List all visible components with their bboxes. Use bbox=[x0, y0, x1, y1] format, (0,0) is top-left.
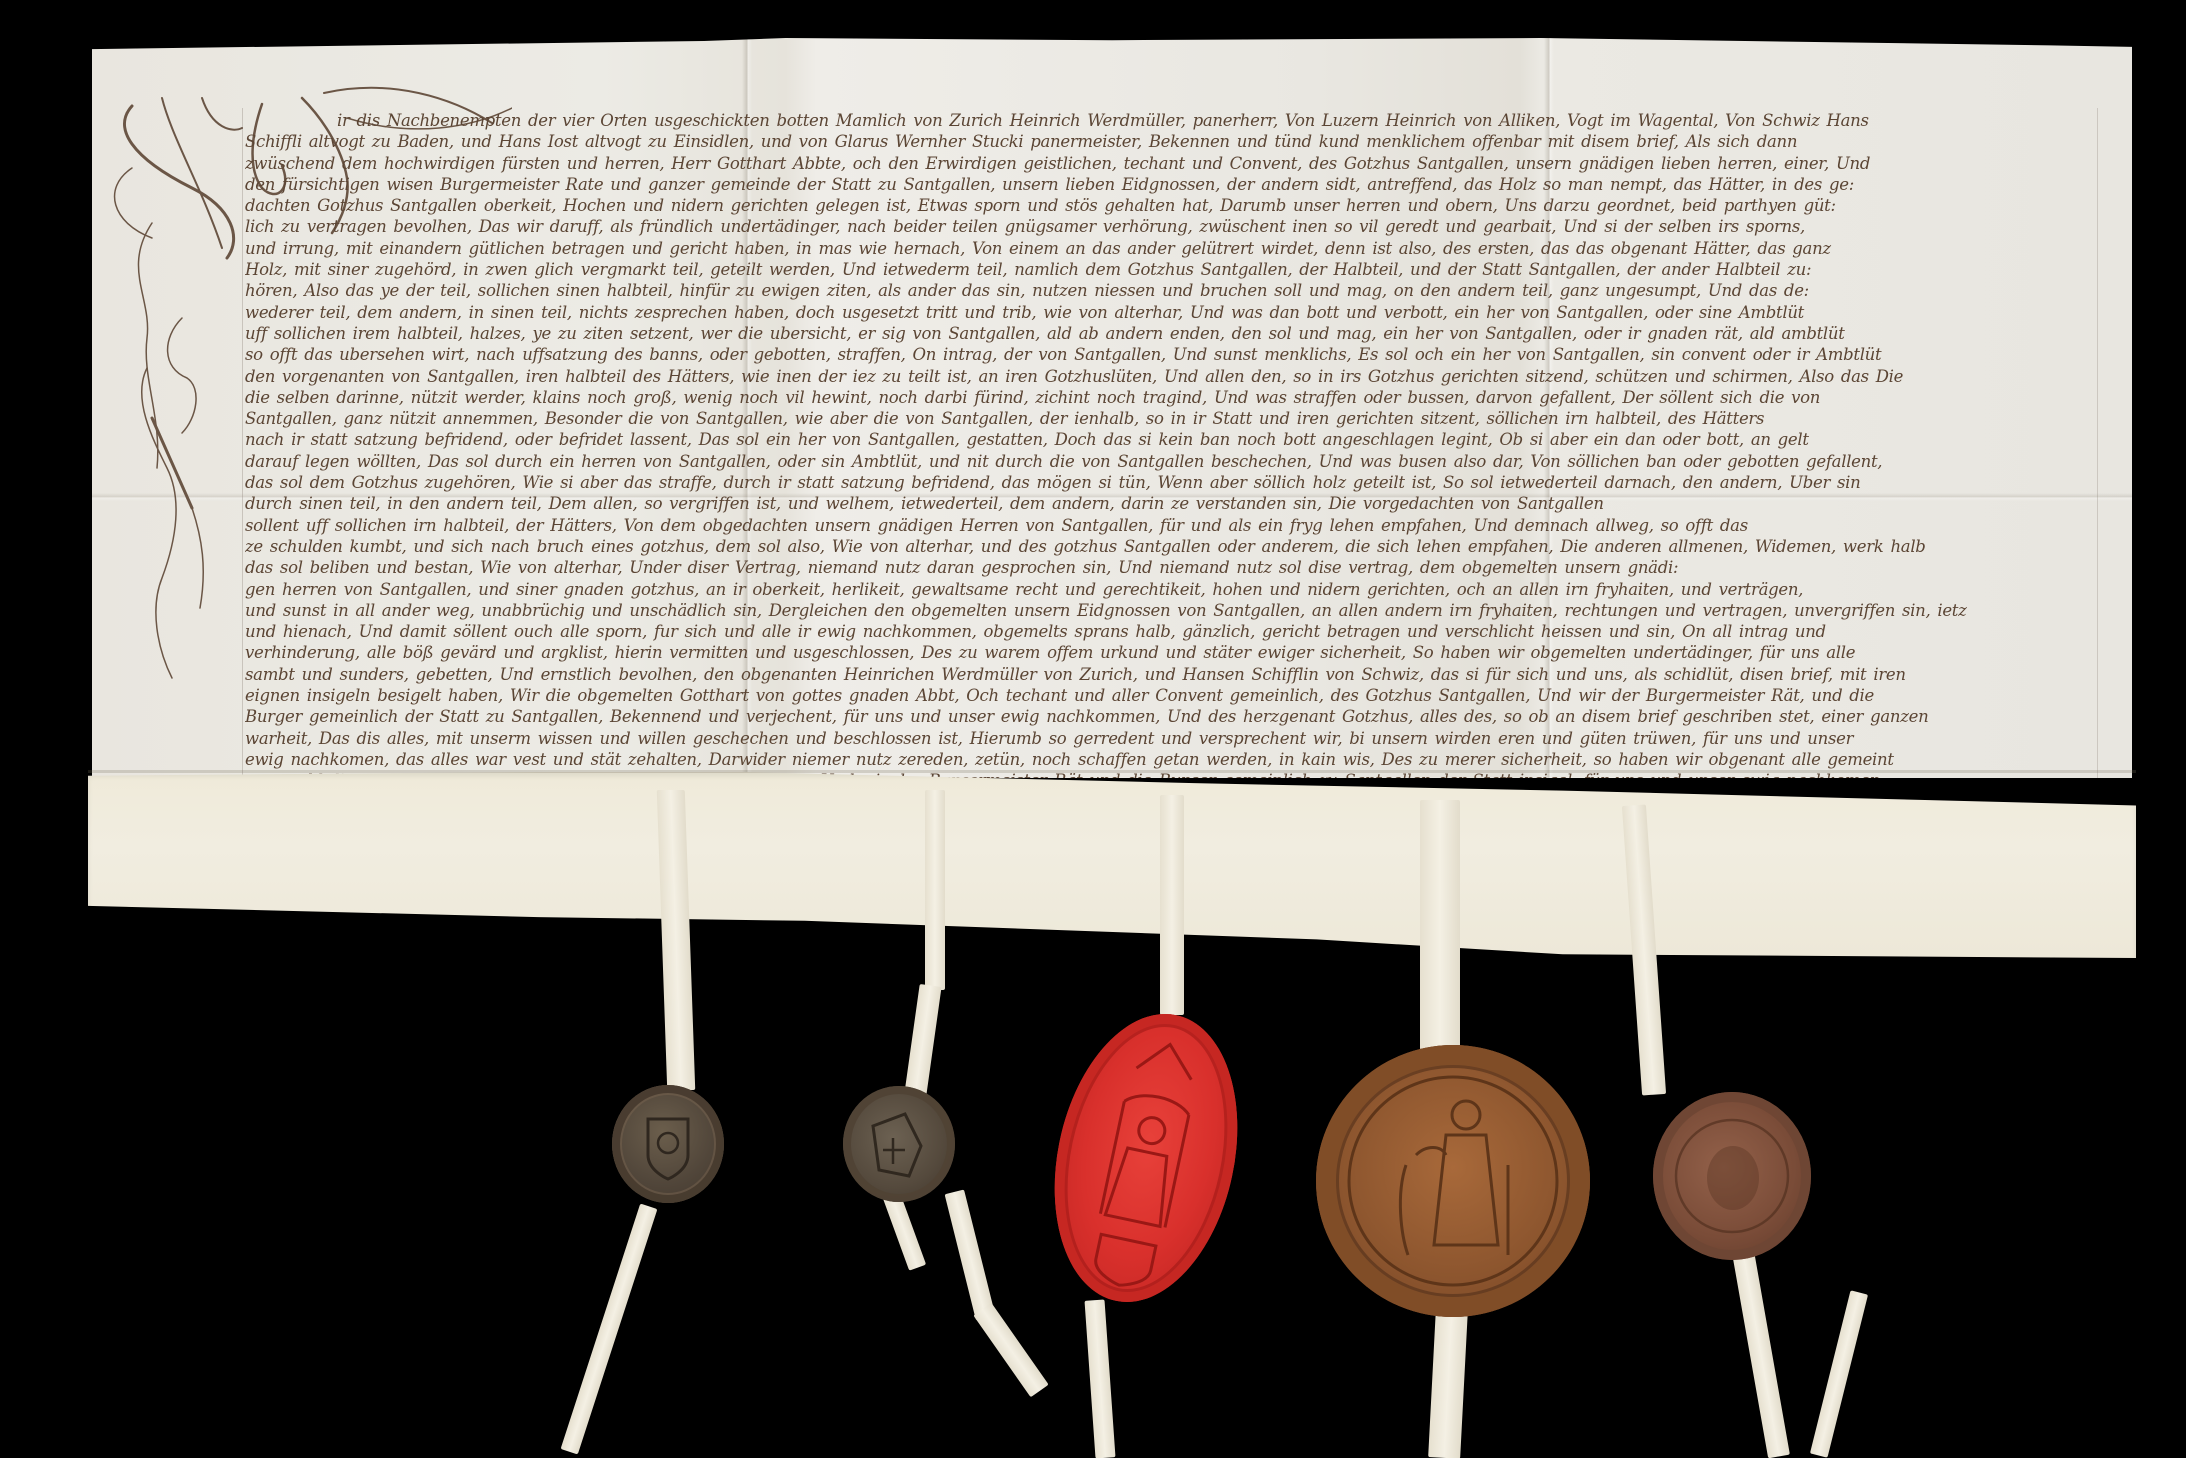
coat-of-arms-icon bbox=[612, 1085, 724, 1203]
text-line: uff sollichen irem halbteil, halzes, ye … bbox=[245, 323, 2095, 344]
text-line: durch sinen teil, in den andern teil, De… bbox=[245, 493, 2095, 514]
seal-tag-2-tail bbox=[973, 1303, 1048, 1398]
seal-tag-3 bbox=[1160, 795, 1184, 1015]
seal-tag-1-tail bbox=[561, 1204, 658, 1455]
seal-tag-2 bbox=[925, 790, 945, 990]
text-line: und hienach, Und damit söllent ouch alle… bbox=[245, 621, 2095, 642]
enthroned-figure-icon bbox=[1316, 1045, 1590, 1317]
parchment-sheet: ir dis Nachbenempten der vier Orten usge… bbox=[92, 38, 2132, 778]
wax-seal-3-red-abbot bbox=[1030, 997, 1263, 1319]
seal-tag-4 bbox=[1420, 800, 1460, 1050]
plica-fold bbox=[88, 772, 2136, 958]
text-line: so offt das ubersehen wirt, nach uffsatz… bbox=[245, 344, 2095, 365]
text-line: verhinderung, alle böß gevärd und argkli… bbox=[245, 642, 2095, 663]
coat-of-arms-icon bbox=[843, 1086, 955, 1202]
text-line: die selben darinne, nützit werder, klain… bbox=[245, 387, 2095, 408]
charter-photograph: ir dis Nachbenempten der vier Orten usge… bbox=[0, 0, 2186, 1458]
plica-edge bbox=[88, 770, 2136, 773]
text-line: darauf legen wöllten, Das sol durch ein … bbox=[245, 451, 2095, 472]
seal-tag-4-tail bbox=[1428, 1309, 1468, 1458]
text-line: das sol dem Gotzhus zugehören, Wie si ab… bbox=[245, 472, 2095, 493]
text-line: Burger gemeinlich der Statt zu Santgalle… bbox=[245, 706, 2095, 727]
wax-seal-5-reddish bbox=[1653, 1092, 1811, 1260]
text-line: lich zu vertragen bevolhen, Das wir daru… bbox=[245, 216, 2095, 237]
text-line: ze schulden kumbt, und sich nach bruch e… bbox=[245, 536, 2095, 557]
seal-tag-2 bbox=[904, 984, 941, 1096]
text-line: und irrung, mit einandern gütlichen betr… bbox=[245, 238, 2095, 259]
wax-seal-2 bbox=[843, 1086, 955, 1202]
text-line: Santgallen, ganz nützit annemmen, Besond… bbox=[245, 408, 2095, 429]
margin-ruling-right bbox=[2097, 108, 2098, 788]
wax-seal-1 bbox=[612, 1085, 724, 1203]
text-line: wederer teil, dem andern, in sinen teil,… bbox=[245, 302, 2095, 323]
text-line: den vorgenanten von Santgallen, iren hal… bbox=[245, 366, 2095, 387]
text-line: den fürsichtigen wisen Burgermeister Rat… bbox=[245, 174, 2095, 195]
charter-text: ir dis Nachbenempten der vier Orten usge… bbox=[245, 110, 2095, 790]
text-line: zwüschend dem hochwirdigen fürsten und h… bbox=[245, 153, 2095, 174]
text-line: sollent uff sollichen irn halbteil, der … bbox=[245, 515, 2095, 536]
seal-tag-5-tail bbox=[1810, 1290, 1868, 1457]
text-line: ewig nachkomen, das alles war vest und s… bbox=[245, 749, 2095, 770]
text-line: und sunst in all ander weg, unabbrüchig … bbox=[245, 600, 2095, 621]
text-line: das sol beliben und bestan, Wie von alte… bbox=[245, 557, 2095, 578]
text-line: sambt und sunders, gebetten, Und ernstli… bbox=[245, 664, 2095, 685]
text-line: hören, Also das ye der teil, sollichen s… bbox=[245, 280, 2095, 301]
text-line: warheit, Das dis alles, mit unserm wisse… bbox=[245, 728, 2095, 749]
text-line: gen herren von Santgallen, und siner gna… bbox=[245, 579, 2095, 600]
text-line: nach ir statt satzung befridend, oder be… bbox=[245, 429, 2095, 450]
worn-seal-image-icon bbox=[1653, 1092, 1811, 1260]
wax-seal-4-brown-large bbox=[1316, 1045, 1590, 1317]
text-line: ir dis Nachbenempten der vier Orten usge… bbox=[245, 110, 2095, 131]
seal-tag-2-tail bbox=[945, 1190, 996, 1321]
seal-tag-3-tail bbox=[1085, 1299, 1116, 1458]
text-line: Schiffli altvogt zu Baden, und Hans Iost… bbox=[245, 131, 2095, 152]
enthroned-abbot-icon bbox=[1030, 997, 1263, 1319]
text-line: Holz, mit siner zugehörd, in zwen glich … bbox=[245, 259, 2095, 280]
text-line: dachten Gotzhus Santgallen oberkeit, Hoc… bbox=[245, 195, 2095, 216]
seal-tag-5-tail bbox=[1732, 1250, 1790, 1458]
text-line: eignen insigeln besigelt haben, Wir die … bbox=[245, 685, 2095, 706]
